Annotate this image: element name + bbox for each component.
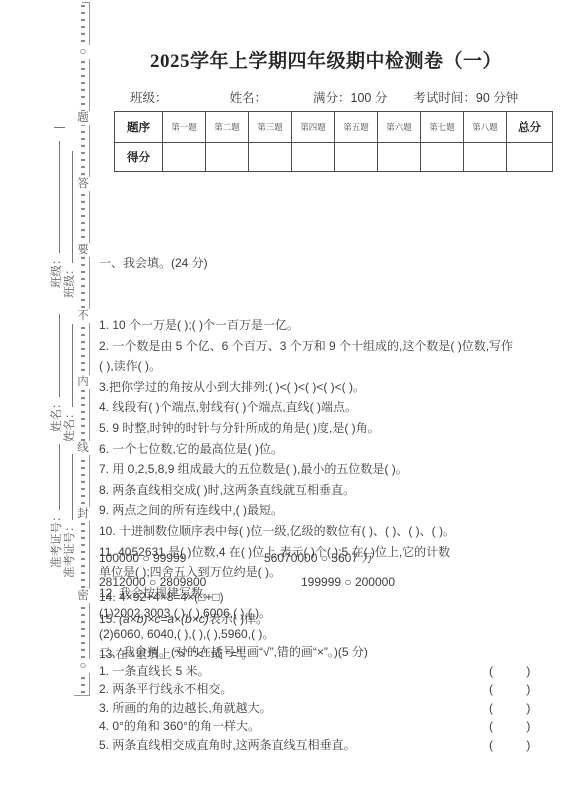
score-table-question-header: 第三题 [249, 112, 292, 143]
score-table-question-header: 第五题 [335, 112, 378, 143]
question-15-formula: (a×b)×c=a×(b×c) [119, 612, 209, 626]
info-full-score: 满分：100 分 [313, 91, 387, 105]
fill-question-line: 9. 两点之间的所有连线中,( )最短。 [99, 500, 557, 521]
fill-question-line: 1. 10 个一万是( );( )个一百万是一亿。 [99, 315, 557, 336]
fill-question-line: ( ),读作( )。 [99, 356, 557, 377]
margin-label: 准考证号： [61, 455, 76, 579]
score-table-row-label: 得分 [115, 143, 163, 172]
fill-question-line: 8. 两条直线相交成( )时,这两条直线就互相垂直。 [99, 480, 557, 501]
seal-circle-mark: ○ [73, 45, 93, 59]
score-cell-empty [507, 143, 553, 172]
info-exam-time: 考试时间：90 分钟 [413, 91, 518, 105]
info-row: 班级：姓名：满分：100 分考试时间：90 分钟 [130, 88, 518, 106]
judge-item: 4. 0°的角和 360°的角一样大。( ) [99, 717, 555, 736]
section1-heading: 一、我会填。(24 分) [99, 253, 557, 274]
score-cell-empty [335, 143, 378, 172]
score-cell-empty [249, 143, 292, 172]
comparison-left: 100000 ○ 99999 [99, 551, 186, 565]
page-title: 2025学年上学期四年级期中检测卷（一） [95, 46, 557, 73]
section2: 二、我会判。(对的在括号里画“√”,错的画“×”。)(5 分) 1. 一条直线长… [99, 643, 555, 755]
fill-question-line: 4. 线段有( )个端点,射线有( )个端点,直线( )端点。 [99, 397, 557, 418]
question-15-suffix: 表示( )律。 [209, 612, 268, 626]
question-15-number: 15. [99, 612, 119, 626]
score-cell-empty [292, 143, 335, 172]
margin-label-underline [61, 325, 73, 408]
question-15: 15. (a×b)×c=a×(b×c)表示( )律。 [99, 610, 268, 627]
fill-question-line: 2. 一个数是由 5 个亿、6 个百万、3 个万和 9 个十组成的,这个数是( … [99, 336, 557, 357]
judge-item: 3. 所画的角的边越长,角就越大。( ) [99, 699, 555, 718]
section1: 一、我会填。(24 分) 1. 10 个一万是( );( )个一百万是一亿。2.… [99, 212, 557, 706]
score-table-question-header: 第二题 [206, 112, 249, 143]
score-cell-empty [206, 143, 249, 172]
margin-label-text: 班级： [64, 264, 76, 299]
info-class-label: 班级： [130, 91, 168, 105]
margin-label-underline [61, 152, 73, 264]
margin-label-underline [61, 455, 73, 521]
score-table-total-header: 总分 [507, 112, 553, 143]
comparison-row: 100000 ○ 9999956070000 ○ 5607 万 [99, 546, 557, 570]
seal-circle-mark: ○ [73, 659, 93, 673]
comparison-left: 2812000 ○ 2809800 [99, 575, 206, 589]
judge-answer-paren: ( ) [489, 717, 530, 736]
judge-answer-paren: ( ) [489, 699, 530, 718]
score-table-question-header: 第八题 [464, 112, 507, 143]
score-table-question-header: 第七题 [421, 112, 464, 143]
section2-heading: 二、我会判。(对的在括号里画“√”,错的画“×”。)(5 分) [99, 643, 555, 662]
score-table-corner: 题序 [115, 112, 163, 143]
margin-label: 姓名： [61, 325, 76, 443]
score-cell-empty [163, 143, 206, 172]
score-table-question-header: 第一题 [163, 112, 206, 143]
judge-item: 2. 两条平行线永不相交。( ) [99, 680, 555, 699]
judge-item: 5. 两条直线相交成直角时,这两条直线互相垂直。( ) [99, 736, 555, 755]
fill-question-line: 5. 9 时整,时钟的时针与分针所成的角是( )度,是( )角。 [99, 418, 557, 439]
margin-label-underline [48, 445, 60, 511]
score-cell-empty [464, 143, 507, 172]
seal-tick-top [82, 2, 90, 3]
fill-question-line: 7. 用 0,2,5,8,9 组成最大的五位数是( ),最小的五位数是( )。 [99, 459, 557, 480]
question-14: 14. 4×92+4×8=4×(□+□) [99, 590, 224, 604]
judge-item: 1. 一条直线长 5 米。( ) [99, 662, 555, 681]
margin-label: 班级： [61, 152, 76, 299]
seal-char: 题 [73, 111, 93, 125]
seal-char: 不 [73, 309, 93, 323]
margin-label-underline [48, 315, 60, 398]
judge-item-text: 2. 两条平行线永不相交。 [99, 682, 232, 696]
score-cell-empty [421, 143, 464, 172]
judge-item-text: 3. 所画的角的边越长,角就越大。 [99, 701, 272, 715]
judge-item-text: 5. 两条直线相交成直角时,这两条直线互相垂直。 [99, 738, 356, 752]
stray-dash [54, 127, 65, 128]
score-cell-empty [378, 143, 421, 172]
fill-question-line: 6. 一个七位数,它的最高位是( )位。 [99, 439, 557, 460]
exam-paper-page: ○题答要不内线封密○ 班级：班级：姓名：姓名：准考证号：准考证号： 2025学年… [0, 0, 565, 800]
margin-label-text: 姓名： [64, 408, 76, 443]
score-table-question-header: 第四题 [292, 112, 335, 143]
fill-question-line: 3.把你学过的角按从小到大排列:( )<( )<( )<( )<( )。 [99, 377, 557, 398]
margin-label-text: 准考证号： [64, 521, 76, 579]
judge-item-text: 4. 0°的角和 360°的角一样大。 [99, 719, 260, 733]
seal-char: 线 [73, 441, 93, 455]
judge-answer-paren: ( ) [489, 680, 530, 699]
judge-item-text: 1. 一条直线长 5 米。 [99, 664, 210, 678]
judge-answer-paren: ( ) [489, 662, 530, 681]
margin-label-underline [48, 142, 60, 254]
score-table-question-header: 第六题 [378, 112, 421, 143]
seal-char: 密 [73, 589, 93, 603]
info-name-label: 姓名： [230, 91, 268, 105]
score-table: 题序第一题第二题第三题第四题第五题第六题第七题第八题总分 得分 [114, 111, 553, 172]
fill-question-line: 10. 十进制数位顺序表中每( )位一级,亿级的数位有( )、( )、( )、(… [99, 521, 557, 542]
judge-answer-paren: ( ) [489, 736, 530, 755]
comparison-right: 199999 ○ 200000 [301, 570, 395, 594]
seal-tick-bottom [74, 695, 90, 696]
comparison-block: 100000 ○ 9999956070000 ○ 5607 万2812000 ○… [99, 546, 557, 594]
comparison-right: 56070000 ○ 5607 万 [264, 546, 373, 570]
